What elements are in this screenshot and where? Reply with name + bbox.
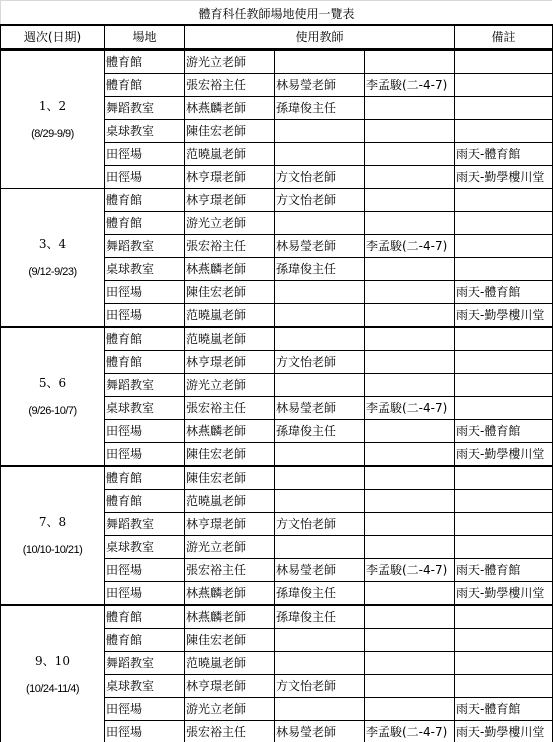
teacher-cell-2	[275, 304, 365, 328]
header-week: 週次(日期)	[1, 25, 105, 50]
teacher-cell-3	[365, 490, 455, 513]
note-cell: 雨天-體育館	[455, 559, 553, 582]
teacher-cell-2: 方文怡老師	[275, 675, 365, 698]
header-notes: 備註	[455, 25, 553, 50]
note-cell	[455, 652, 553, 675]
teacher-cell-1: 范曉嵐老師	[185, 652, 275, 675]
note-cell: 雨天-體育館	[455, 143, 553, 166]
note-cell: 雨天-體育館	[455, 420, 553, 443]
note-cell	[455, 97, 553, 120]
teacher-cell-2: 孫瑋俊主任	[275, 605, 365, 629]
teacher-cell-3: 李孟駿(二-4-7)	[365, 559, 455, 582]
table-row: 1、2(8/29-9/9)體育館游光立老師	[1, 50, 553, 74]
teacher-cell-2	[275, 212, 365, 235]
week-date-range: (9/12-9/23)	[1, 264, 104, 280]
note-cell	[455, 50, 553, 74]
table-row: 3、4(9/12-9/23)體育館林亨璟老師方文怡老師	[1, 189, 553, 212]
week-date-range: (9/26-10/7)	[1, 403, 104, 419]
teacher-cell-3	[365, 351, 455, 374]
teacher-cell-2	[275, 698, 365, 721]
teacher-cell-2: 方文怡老師	[275, 513, 365, 536]
table-row: 9、10(10/24-11/4)體育館林燕麟老師孫瑋俊主任	[1, 605, 553, 629]
venue-cell: 舞蹈教室	[105, 652, 185, 675]
venue-cell: 舞蹈教室	[105, 97, 185, 120]
note-cell	[455, 397, 553, 420]
teacher-cell-2	[275, 327, 365, 351]
teacher-cell-1: 林燕麟老師	[185, 97, 275, 120]
teacher-cell-1: 范曉嵐老師	[185, 490, 275, 513]
teacher-cell-3	[365, 652, 455, 675]
teacher-cell-2: 孫瑋俊主任	[275, 420, 365, 443]
teacher-cell-3	[365, 120, 455, 143]
teacher-cell-1: 張宏裕主任	[185, 559, 275, 582]
teacher-cell-1: 林燕麟老師	[185, 605, 275, 629]
note-cell	[455, 212, 553, 235]
teacher-cell-1: 范曉嵐老師	[185, 304, 275, 328]
teacher-cell-3	[365, 698, 455, 721]
teacher-cell-3: 李孟駿(二-4-7)	[365, 397, 455, 420]
note-cell	[455, 605, 553, 629]
table-row: 7、8(10/10-10/21)體育館陳佳宏老師	[1, 466, 553, 490]
note-cell: 雨天-勤學樓川堂	[455, 166, 553, 189]
venue-cell: 田徑場	[105, 443, 185, 467]
note-cell: 雨天-體育館	[455, 698, 553, 721]
note-cell	[455, 513, 553, 536]
teacher-cell-1: 陳佳宏老師	[185, 466, 275, 490]
note-cell	[455, 675, 553, 698]
page-title: 體育科任教師場地使用一覽表	[0, 0, 552, 24]
teacher-cell-1: 陳佳宏老師	[185, 443, 275, 467]
teacher-cell-1: 林亨璟老師	[185, 675, 275, 698]
teacher-cell-2: 方文怡老師	[275, 351, 365, 374]
teacher-cell-1: 張宏裕主任	[185, 235, 275, 258]
note-cell: 雨天-勤學樓川堂	[455, 304, 553, 328]
venue-cell: 田徑場	[105, 281, 185, 304]
note-cell: 雨天-勤學樓川堂	[455, 582, 553, 606]
venue-cell: 田徑場	[105, 420, 185, 443]
teacher-cell-1: 林燕麟老師	[185, 258, 275, 281]
venue-cell: 桌球教室	[105, 536, 185, 559]
week-cell: 9、10(10/24-11/4)	[1, 605, 105, 742]
week-date-range: (10/24-11/4)	[1, 681, 104, 697]
teacher-cell-2: 方文怡老師	[275, 189, 365, 212]
teacher-cell-2	[275, 652, 365, 675]
venue-cell: 桌球教室	[105, 675, 185, 698]
teacher-cell-1: 陳佳宏老師	[185, 281, 275, 304]
teacher-cell-1: 游光立老師	[185, 536, 275, 559]
teacher-cell-2	[275, 536, 365, 559]
note-cell: 雨天-體育館	[455, 281, 553, 304]
teacher-cell-2	[275, 629, 365, 652]
note-cell	[455, 536, 553, 559]
teacher-cell-3	[365, 327, 455, 351]
teacher-cell-2	[275, 143, 365, 166]
teacher-cell-1: 游光立老師	[185, 698, 275, 721]
teacher-cell-1: 張宏裕主任	[185, 721, 275, 742]
teacher-cell-2: 林易瑩老師	[275, 397, 365, 420]
teacher-cell-3	[365, 513, 455, 536]
teacher-cell-3	[365, 166, 455, 189]
teacher-cell-3	[365, 304, 455, 328]
teacher-cell-1: 林亨璟老師	[185, 351, 275, 374]
teacher-cell-3: 李孟駿(二-4-7)	[365, 721, 455, 742]
teacher-cell-3: 李孟駿(二-4-7)	[365, 74, 455, 97]
teacher-cell-2: 林易瑩老師	[275, 235, 365, 258]
note-cell: 雨天-勤學樓川堂	[455, 443, 553, 467]
teacher-cell-2	[275, 443, 365, 467]
teacher-cell-2: 林易瑩老師	[275, 74, 365, 97]
teacher-cell-2	[275, 50, 365, 74]
venue-cell: 舞蹈教室	[105, 235, 185, 258]
teacher-cell-1: 林亨璟老師	[185, 166, 275, 189]
teacher-cell-3	[365, 629, 455, 652]
week-cell: 1、2(8/29-9/9)	[1, 50, 105, 189]
week-cell: 3、4(9/12-9/23)	[1, 189, 105, 328]
teacher-cell-3: 李孟駿(二-4-7)	[365, 235, 455, 258]
venue-cell: 田徑場	[105, 559, 185, 582]
teacher-cell-1: 林亨璟老師	[185, 513, 275, 536]
venue-cell: 體育館	[105, 466, 185, 490]
note-cell	[455, 327, 553, 351]
teacher-cell-1: 張宏裕主任	[185, 397, 275, 420]
venue-cell: 體育館	[105, 327, 185, 351]
teacher-cell-3	[365, 536, 455, 559]
teacher-cell-2: 林易瑩老師	[275, 559, 365, 582]
teacher-cell-2	[275, 466, 365, 490]
venue-cell: 體育館	[105, 490, 185, 513]
teacher-cell-1: 林亨璟老師	[185, 189, 275, 212]
note-cell: 雨天-勤學樓川堂	[455, 721, 553, 742]
week-number: 7、8	[1, 514, 104, 530]
teacher-cell-3	[365, 189, 455, 212]
week-cell: 7、8(10/10-10/21)	[1, 466, 105, 605]
teacher-cell-2	[275, 281, 365, 304]
teacher-cell-2: 孫瑋俊主任	[275, 582, 365, 606]
note-cell	[455, 74, 553, 97]
venue-schedule-table: 週次(日期) 場地 使用教師 備註 1、2(8/29-9/9)體育館游光立老師體…	[0, 24, 553, 742]
teacher-cell-3	[365, 420, 455, 443]
teacher-cell-2: 方文怡老師	[275, 166, 365, 189]
schedule-body: 1、2(8/29-9/9)體育館游光立老師體育館張宏裕主任林易瑩老師李孟駿(二-…	[1, 50, 553, 742]
header-teachers: 使用教師	[185, 25, 455, 50]
teacher-cell-3	[365, 675, 455, 698]
venue-cell: 舞蹈教室	[105, 374, 185, 397]
week-cell: 5、6(9/26-10/7)	[1, 327, 105, 466]
venue-cell: 體育館	[105, 212, 185, 235]
teacher-cell-2: 林易瑩老師	[275, 721, 365, 742]
teacher-cell-1: 游光立老師	[185, 212, 275, 235]
week-number: 1、2	[1, 98, 104, 114]
teacher-cell-2	[275, 374, 365, 397]
teacher-cell-1: 林燕麟老師	[185, 582, 275, 606]
teacher-cell-3	[365, 281, 455, 304]
teacher-cell-3	[365, 50, 455, 74]
note-cell	[455, 629, 553, 652]
teacher-cell-1: 陳佳宏老師	[185, 120, 275, 143]
teacher-cell-2	[275, 490, 365, 513]
venue-cell: 桌球教室	[105, 120, 185, 143]
teacher-cell-1: 陳佳宏老師	[185, 629, 275, 652]
venue-cell: 體育館	[105, 605, 185, 629]
header-venue: 場地	[105, 25, 185, 50]
teacher-cell-3	[365, 582, 455, 606]
venue-cell: 體育館	[105, 189, 185, 212]
teacher-cell-3	[365, 97, 455, 120]
venue-cell: 體育館	[105, 74, 185, 97]
note-cell	[455, 374, 553, 397]
venue-cell: 田徑場	[105, 143, 185, 166]
note-cell	[455, 490, 553, 513]
note-cell	[455, 466, 553, 490]
venue-cell: 田徑場	[105, 304, 185, 328]
teacher-cell-1: 林燕麟老師	[185, 420, 275, 443]
venue-cell: 體育館	[105, 629, 185, 652]
note-cell	[455, 258, 553, 281]
teacher-cell-3	[365, 258, 455, 281]
week-number: 5、6	[1, 375, 104, 391]
teacher-cell-1: 范曉嵐老師	[185, 327, 275, 351]
teacher-cell-3	[365, 212, 455, 235]
teacher-cell-3	[365, 443, 455, 467]
teacher-cell-1: 游光立老師	[185, 50, 275, 74]
teacher-cell-2: 孫瑋俊主任	[275, 258, 365, 281]
week-date-range: (10/10-10/21)	[1, 542, 104, 558]
table-row: 5、6(9/26-10/7)體育館范曉嵐老師	[1, 327, 553, 351]
venue-cell: 體育館	[105, 50, 185, 74]
teacher-cell-3	[365, 143, 455, 166]
week-number: 3、4	[1, 236, 104, 252]
venue-cell: 體育館	[105, 351, 185, 374]
teacher-cell-3	[365, 374, 455, 397]
note-cell	[455, 235, 553, 258]
week-date-range: (8/29-9/9)	[1, 126, 104, 142]
note-cell	[455, 189, 553, 212]
venue-cell: 桌球教室	[105, 397, 185, 420]
header-row: 週次(日期) 場地 使用教師 備註	[1, 25, 553, 50]
teacher-cell-1: 游光立老師	[185, 374, 275, 397]
note-cell	[455, 120, 553, 143]
teacher-cell-2: 孫瑋俊主任	[275, 97, 365, 120]
teacher-cell-3	[365, 605, 455, 629]
venue-cell: 舞蹈教室	[105, 513, 185, 536]
week-number: 9、10	[1, 653, 104, 669]
venue-cell: 田徑場	[105, 698, 185, 721]
teacher-cell-3	[365, 466, 455, 490]
venue-cell: 田徑場	[105, 166, 185, 189]
teacher-cell-2	[275, 120, 365, 143]
venue-cell: 田徑場	[105, 582, 185, 606]
teacher-cell-1: 張宏裕主任	[185, 74, 275, 97]
note-cell	[455, 351, 553, 374]
venue-cell: 桌球教室	[105, 258, 185, 281]
teacher-cell-1: 范曉嵐老師	[185, 143, 275, 166]
venue-cell: 田徑場	[105, 721, 185, 742]
